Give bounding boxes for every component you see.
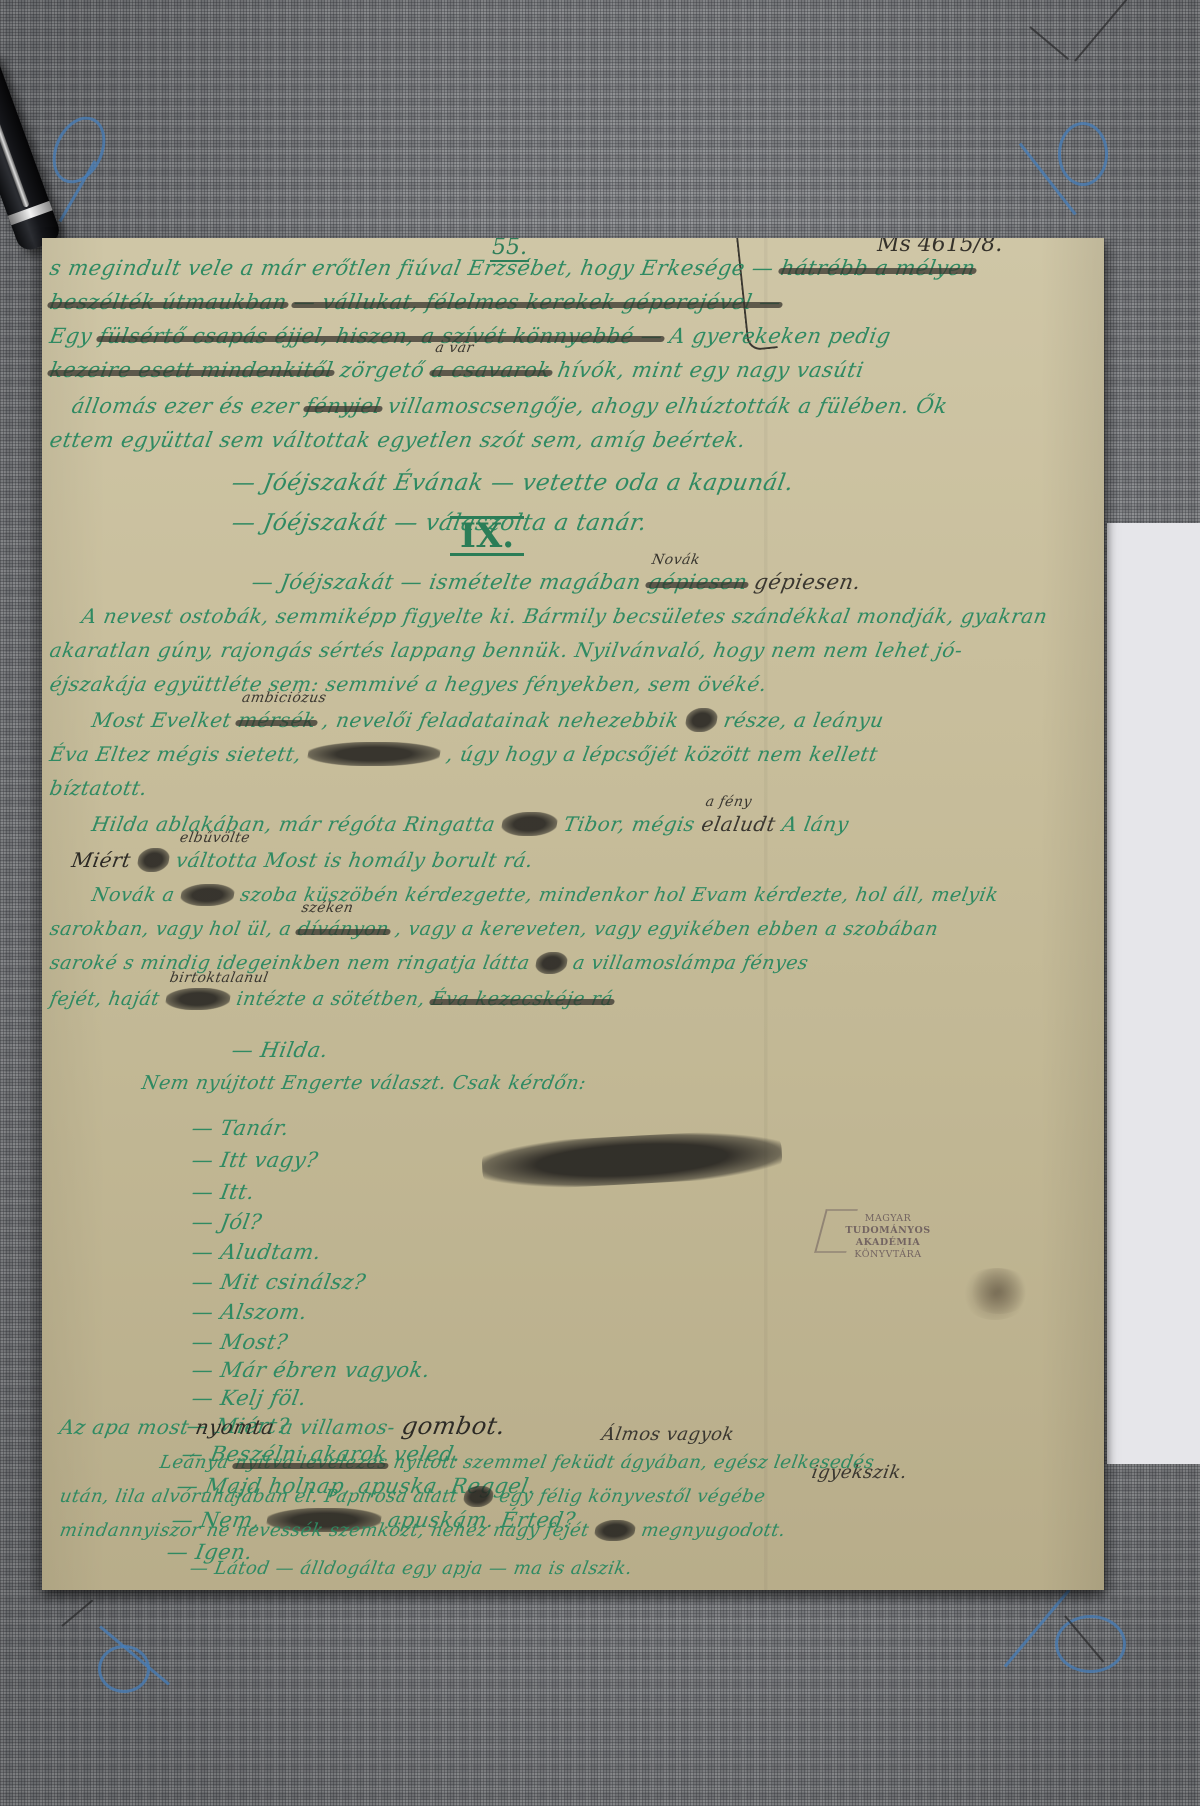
line-text: — Kelj föl.: [190, 1386, 309, 1410]
line-text: — Tanár.: [190, 1116, 291, 1140]
scribbled-out-text: xxx: [593, 1520, 637, 1541]
manuscript-line: éjszakája együttléte sem: semmivé a hegy…: [48, 672, 769, 696]
line-text: — Hilda.: [230, 1038, 330, 1062]
manuscript-line: Nem nyújtott Engerte választ. Csak kérdő…: [140, 1072, 588, 1094]
manuscript-line: — Hilda.: [230, 1038, 330, 1062]
manuscript-line: A nevest ostobák, semmiképp figyelte ki.…: [80, 604, 1050, 628]
struck-text: díványon: [296, 918, 391, 940]
scribbled-out-text: xxxx: [179, 884, 236, 906]
line-text: hívók, mint egy nagy vasúti: [556, 358, 866, 382]
manuscript-line: beszélték útmaukban — vállukat, félelmes…: [48, 290, 783, 314]
line-text: A nevest ostobák, semmiképp figyelte ki.…: [80, 604, 1050, 628]
line-text: — Jóéjszakát — válaszolta a tanár.: [230, 510, 649, 536]
line-text: — Alszom.: [190, 1300, 309, 1324]
line-text: , nevelői feladatainak nehezebbik: [321, 708, 681, 732]
manuscript-line: kezeire esett mindenkitől zörgető a vára…: [48, 358, 866, 382]
line-text: — Itt.: [190, 1180, 257, 1204]
line-text: — Most?: [190, 1330, 290, 1354]
manuscript-line: Miért xx elbűvölteváltotta Most is homál…: [70, 848, 535, 872]
manuscript-line: ettem együttal sem váltottak egyetlen sz…: [48, 428, 748, 452]
struck-text: Éva kezecskéje rá: [430, 988, 615, 1010]
line-text: — Jóéjszakát Évának — vetette oda a kapu…: [230, 470, 796, 496]
struck-text: gépiesen: [646, 570, 749, 594]
line-text: Novák a: [90, 884, 176, 906]
struck-text: beszélték útmaukban: [48, 290, 289, 314]
interlinear-insert: a vár: [434, 340, 475, 356]
line-text: ettem együttal sem váltottak egyetlen sz…: [48, 428, 748, 452]
line-text: Hilda ablakában, már régóta Ringatta: [90, 812, 497, 836]
line-text: — Aludtam.: [190, 1240, 323, 1264]
interlinear-insert: elbűvölte: [179, 830, 252, 846]
struck-text: a csavarok: [429, 358, 552, 382]
manuscript-line: fejét, haját birtoktalanulxxxxx intézte …: [48, 988, 615, 1010]
interlinear-insert: birtoktalanul: [168, 970, 269, 986]
line-text: Leánya: [158, 1452, 231, 1473]
manuscript-line: Leánya nyitva levelezés nyitott szemmel …: [158, 1452, 876, 1473]
line-text: látta: [481, 952, 531, 974]
pen-clip: [0, 65, 30, 208]
chapter-heading: IX.: [450, 516, 524, 556]
manuscript-line: mindannyiszor ne nevessék szemközt, nehé…: [58, 1520, 787, 1541]
pencil-text: Miért: [70, 848, 133, 872]
line-text: zörgető: [338, 358, 426, 382]
manuscript-line: Most Evelket ambiciózusmérsék , nevelői …: [90, 708, 886, 732]
scribbled-out-text: elszakította: [306, 742, 442, 766]
struck-text: hátrébb a mélyen: [779, 256, 978, 280]
line-text: a villamoslámpa fényes: [571, 952, 810, 974]
line-text: egy félig könyvestől végébe: [498, 1486, 768, 1507]
line-text: Nem nyújtott Engerte választ. Csak kérdő…: [140, 1072, 588, 1094]
struck-text: kezeire esett mindenkitől: [48, 358, 335, 382]
line-text: — Mit csinálsz?: [190, 1270, 368, 1294]
white-backing-card: [1107, 523, 1200, 1464]
line-text: intézte a sötétben,: [235, 988, 427, 1010]
interlinear-insert: ambiciózus: [241, 690, 328, 706]
line-text: Éva Eltez mégis sietett,: [48, 742, 304, 766]
manuscript-line: sarokban, vagy hol ül, a székendíványon …: [48, 918, 940, 940]
pencil-text: elaludt: [700, 812, 778, 836]
pencil-insert: Álmos vagyok: [600, 1424, 736, 1445]
line-text: s megindult vele a már erőtlen fiúval Er…: [48, 256, 776, 280]
manuscript-line: s megindult vele a már erőtlen fiúval Er…: [48, 256, 978, 280]
line-text: , úgy hogy a lépcsőjét között nem kellet…: [445, 742, 880, 766]
line-text: bíztatott.: [48, 776, 149, 800]
line-text: — Látod — álldogálta egy apja — ma is al…: [188, 1558, 634, 1579]
struck-text: nyitva levelezés: [233, 1452, 389, 1473]
dialogue-line: — Itt vagy?: [190, 1148, 320, 1172]
manuscript-page: 55. Ms 4615/8. s megindult vele a már er…: [42, 238, 1104, 1590]
manuscript-line: Éva Eltez mégis sietett, elszakította , …: [48, 742, 880, 766]
interlinear-insert: Novák: [651, 552, 702, 568]
line-text: éjszakája együttléte sem: semmivé a hegy…: [48, 672, 769, 696]
line-text: akaratlan gúny, rajongás sértés lappang …: [48, 638, 965, 662]
scribbled-out-text: xx: [534, 952, 568, 974]
scribbled-out-text: xx: [136, 848, 172, 872]
dialogue-line: — Már ébren vagyok.: [190, 1358, 432, 1382]
manuscript-line: Novák a xxxx szoba küszöbén kérdezgette,…: [90, 884, 1000, 906]
dialogue-line: — Aludtam.: [190, 1240, 323, 1264]
line-text: része, a leányu: [722, 708, 886, 732]
scribbled-out-block: [481, 1128, 783, 1192]
dialogue-line: — Most?: [190, 1330, 290, 1354]
scribbled-out-text: xxxx: [500, 812, 559, 836]
line-text: fejét, haját: [48, 988, 161, 1010]
line-text: villamoscsengője, ahogy elhúztották a fü…: [386, 394, 950, 418]
manuscript-line: — Jóéjszakát Évának — vetette oda a kapu…: [230, 470, 796, 496]
manuscript-line: akaratlan gúny, rajongás sértés lappang …: [48, 638, 965, 662]
pen-ring: [8, 201, 53, 225]
manuscript-line: után, lila alvóruhájában el. Papírosa al…: [58, 1486, 767, 1507]
line-text: Tibor, mégis: [562, 812, 697, 836]
struck-text: fényjel: [304, 394, 383, 418]
line-text: megnyugodott.: [640, 1520, 788, 1541]
dialogue-line: — Tanár.: [190, 1116, 291, 1140]
struck-text: mérsék: [236, 708, 318, 732]
dialogue-line: — Jól?: [190, 1210, 264, 1234]
pencil-text: nyomta: [194, 1415, 276, 1439]
line-text: a villamos-: [279, 1415, 397, 1439]
line-text: , vagy a kereveten, vagy egyikében ebben…: [394, 918, 941, 940]
shelfmark: Ms 4615/8.: [877, 238, 1002, 257]
dialogue-line: — Itt.: [190, 1180, 257, 1204]
manuscript-line: Az apa most nyomta a villamos- gombot.: [58, 1412, 508, 1440]
line-text: — Jól?: [190, 1210, 264, 1234]
struck-text: fülsértő csapás éjjel, hiszen, a szívét …: [97, 324, 664, 348]
scribbled-out-text: xxxxx: [164, 988, 232, 1010]
dialogue-line: — Mit csinálsz?: [190, 1270, 368, 1294]
pencil-text: gépiesen.: [752, 570, 863, 594]
manuscript-line: — Jóéjszakát — ismételte magában Novákgé…: [250, 570, 863, 594]
line-text: A lány: [780, 812, 851, 836]
scribbled-out-text: xx: [683, 708, 719, 732]
line-text: váltotta: [174, 848, 260, 872]
line-text: nyitott szemmel feküdt ágyában, egész le…: [392, 1452, 876, 1473]
line-text: sarokban, vagy hol ül, a: [48, 918, 293, 940]
manuscript-line: állomás ezer és ezer fényjel villamoscse…: [70, 394, 950, 418]
interlinear-insert: Álmos vagyok: [600, 1424, 736, 1445]
dialogue-line: — Kelj föl.: [190, 1386, 309, 1410]
line-text: Az apa most: [58, 1415, 191, 1439]
fingerprint-smudge: [960, 1268, 1030, 1320]
line-text: — Itt vagy?: [190, 1148, 320, 1172]
line-text: Most Evelket: [90, 708, 234, 732]
manuscript-line: bíztatott.: [48, 776, 149, 800]
interlinear-insert: a fény: [704, 794, 753, 810]
interlinear-insert: széken: [300, 900, 354, 916]
line-text: A gyerekeken pedig: [668, 324, 893, 348]
line-text: után, lila alvóruhájában el. Papírosa al…: [58, 1486, 459, 1507]
line-text: — Már ébren vagyok.: [190, 1358, 432, 1382]
dialogue-line: — Alszom.: [190, 1300, 309, 1324]
line-text: mindannyiszor ne nevessék szemközt, nehé…: [58, 1520, 591, 1541]
manuscript-line: — Látod — álldogálta egy apja — ma is al…: [188, 1558, 634, 1579]
pencil-text: gombot.: [400, 1412, 508, 1440]
line-text: Egy: [48, 324, 94, 348]
scribbled-out-text: xx: [462, 1486, 495, 1507]
line-text: — Jóéjszakát — ismételte magában: [250, 570, 643, 594]
line-text: állomás ezer és ezer: [70, 394, 301, 418]
struck-text: — vállukat, félelmes kerekek géperejével…: [292, 290, 783, 314]
manuscript-line: saroké s mindig idegeinkben nem ringatja…: [48, 952, 810, 974]
manuscript-line: — Jóéjszakát — válaszolta a tanár.: [230, 510, 649, 536]
line-text: Most is homály borult rá.: [263, 848, 536, 872]
library-stamp: MAGYAR TUDOMÁNYOS AKADÉMIA KÖNYVTÁRA: [828, 1213, 948, 1261]
